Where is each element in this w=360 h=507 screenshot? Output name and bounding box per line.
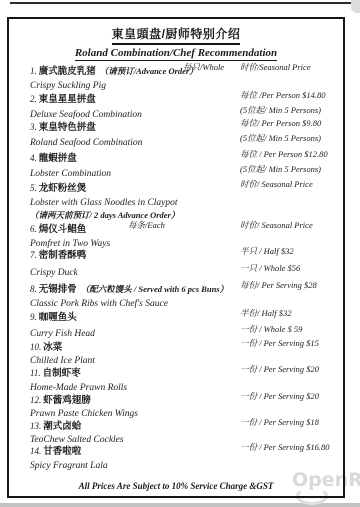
item-3-row-cn: 3.東皇特色拼盘 每位/ Per Person $9.80: [9, 117, 343, 130]
item-14-row-cn: 14.甘香啦啦 一份 / Per Serving $16.80: [9, 441, 343, 454]
item-2-row-en: Deluxe Seafood Combination (5位起/ Min 5 P…: [9, 104, 343, 117]
item-14-row-en: Spicy Fragrant Lala: [9, 455, 343, 468]
scan-edge-top: [10, 2, 356, 4]
footer-row: All Prices Are Subject to 10% Service Ch…: [9, 476, 343, 489]
item-3-number: 3.: [30, 122, 37, 132]
watermark-fragment-top-right: [351, 0, 360, 13]
item-1-unit: 每只/Whole: [183, 61, 224, 73]
item-13-row-cn: 13.潮式卤蛤 一份 / Per Serving $18: [9, 416, 343, 429]
item-12-row-cn: 12.虾酱鸡翅膀 一份 / Per Serving $20: [9, 390, 343, 403]
item-11-row-en: Home-Made Prawn Rolls: [9, 377, 343, 390]
item-2-price: 每位 /Per Person $14.80: [240, 89, 325, 101]
item-4-row-en: Lobster Combination (5位起/ Min 5 Persons): [9, 163, 343, 176]
item-9-row-cn: 9.咖喱鱼头 半份/ Half $32: [9, 307, 343, 320]
item-11-price: 一份 / Per Serving $20: [240, 363, 319, 375]
item-10-price: 一份 / Per Serving $15: [240, 337, 319, 349]
item-1-row-cn: 1.廣式脆皮乳猪（请预订/Advance Order） 每只/Whole 时价/…: [9, 61, 343, 74]
item-5-price: 时价/ Seasonal Price: [240, 178, 313, 190]
item-9-number: 9.: [30, 312, 37, 322]
item-8-row-cn: 8.无锡排骨（配六粒馒头 / Served with 6 pcs Buns） 每…: [9, 279, 343, 292]
item-9-name-cn: 咖喱鱼头: [39, 312, 77, 323]
menu-page: OpenRice 東皇頭盘/厨师特别介绍 Roland Combination/…: [0, 0, 360, 507]
item-11-row-cn: 11.自制虾枣 一份 / Per Serving $20: [9, 363, 343, 376]
item-7-name-en: Crispy Duck: [30, 268, 78, 278]
menu-title-english: Roland Combination/Chef Recommendation: [75, 47, 277, 61]
item-4-number: 4.: [30, 153, 37, 163]
item-3-name-en: Roland Seafood Combination: [30, 138, 142, 148]
item-3-row-en: Roland Seafood Combination (5位起/ Min 5 P…: [9, 132, 343, 145]
item-6-price: 时价/ Seasonal Price: [240, 219, 313, 231]
item-14-name-en: Spicy Fragrant Lala: [30, 461, 108, 471]
item-5-advance-order-row: （请两天前预订/ 2 days Advance Order）: [9, 205, 343, 218]
menu-subtitle-row: Roland Combination/Chef Recommendation: [9, 43, 343, 56]
item-4-min-persons: (5位起/ Min 5 Persons): [240, 163, 321, 175]
item-5-row-cn: 5.龙虾粉丝煲 时价/ Seasonal Price: [9, 178, 343, 191]
item-12-price: 一份 / Per Serving $20: [240, 390, 319, 402]
item-6-row-cn: 6.焗仪斗鲳鱼 每条/Each 时价/ Seasonal Price: [9, 219, 343, 232]
item-6-unit: 每条/Each: [128, 219, 165, 231]
item-5-row-en: Lobster with Glass Noodles in Claypot: [9, 192, 343, 205]
item-9-price-half: 半份/ Half $32: [240, 307, 291, 319]
item-12-row-en: Prawn Paste Chicken Wings: [9, 403, 343, 416]
item-3-price: 每位/ Per Person $9.80: [240, 117, 321, 129]
item-9-price-whole: 一份 / Whole $ 59: [240, 323, 302, 335]
item-8-row-en: Classic Pork Ribs with Chef's Sauce: [9, 293, 343, 306]
item-7-number: 7.: [30, 250, 37, 260]
item-2-number: 2.: [30, 94, 37, 104]
item-7-name-cn: 密制香酥鸭: [39, 250, 87, 261]
item-1-price: 时价/Seasonal Price: [240, 61, 311, 73]
item-2-min-persons: (5位起/ Min 5 Persons): [240, 104, 321, 116]
item-10-row-cn: 10.冰菜 一份 / Per Serving $15: [9, 337, 343, 350]
item-7-row-cn: 7.密制香酥鸭 半只 / Half $32: [9, 245, 343, 258]
menu-title-chinese: 東皇頭盘/厨师特别介绍: [112, 25, 241, 45]
item-1-row-en: Crispy Suckling Pig: [9, 75, 343, 88]
item-4-row-cn: 4.龍蝦拼盘 每位 / Per Person $12.80: [9, 148, 343, 161]
item-7-row-en: Crispy Duck 一只 / Whole $56: [9, 262, 343, 275]
service-charge-note: All Prices Are Subject to 10% Service Ch…: [79, 481, 274, 491]
item-8-price: 每份/ Per Serving $28: [240, 279, 317, 291]
item-14-price: 一份 / Per Serving $16.80: [240, 441, 329, 453]
item-4-price: 每位 / Per Person $12.80: [240, 148, 328, 160]
item-9-row-en: Curry Fish Head 一份 / Whole $ 59: [9, 323, 343, 336]
item-10-row-en: Chilled Ice Plant: [9, 350, 343, 363]
menu-border-frame: 東皇頭盘/厨师特别介绍 Roland Combination/Chef Reco…: [7, 17, 345, 498]
item-7-price-half: 半只 / Half $32: [240, 245, 294, 257]
item-2-row-cn: 2.東皇星星拼盘 每位 /Per Person $14.80: [9, 89, 343, 102]
menu-title-row: 東皇頭盘/厨师特别介绍: [9, 25, 343, 38]
item-13-price: 一份 / Per Serving $18: [240, 416, 319, 428]
item-7-price-whole: 一只 / Whole $56: [240, 262, 300, 274]
item-3-min-persons: (5位起/ Min 5 Persons): [240, 132, 321, 144]
